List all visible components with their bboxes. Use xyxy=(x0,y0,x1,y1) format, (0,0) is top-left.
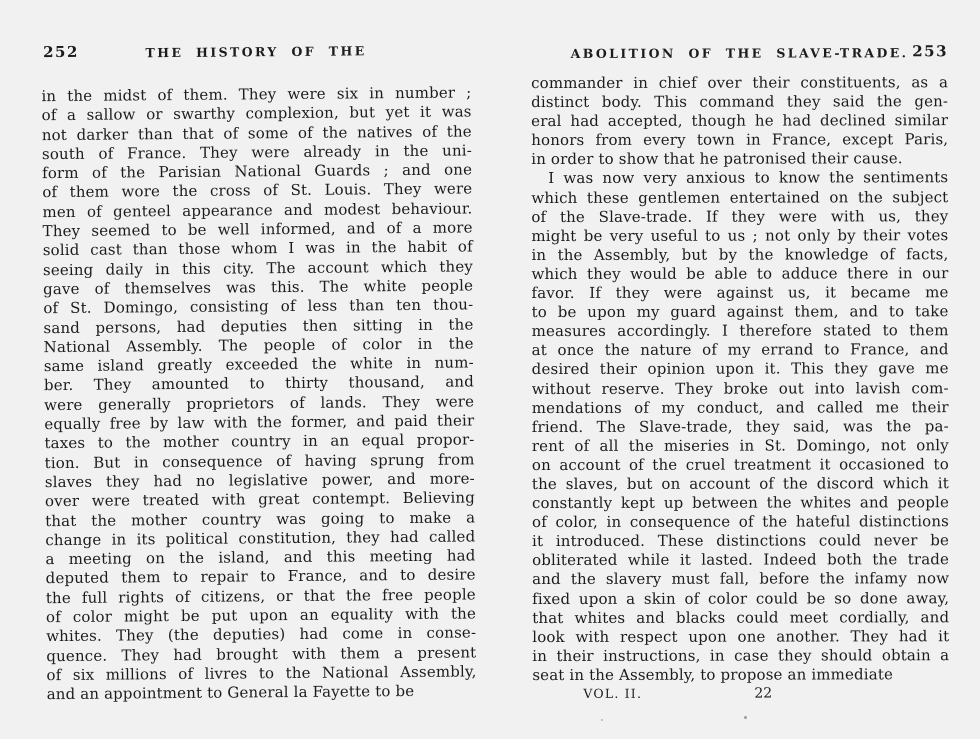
text-line: of the Slave-trade. If they were with us… xyxy=(531,207,948,227)
running-title-right: ABOLITION OF THE SLAVE-TRADE. xyxy=(531,45,948,61)
text-line: honors from every town in France, except… xyxy=(531,130,948,150)
page-number-right: 253 xyxy=(912,42,948,60)
page-number-left: 252 xyxy=(43,43,79,61)
text-line: the slaves, but on account of the discor… xyxy=(532,474,949,494)
volume-label: VOL. II. xyxy=(583,686,642,701)
text-line: in their instructions, in case they shou… xyxy=(532,646,949,666)
page-footer: VOL. II. 22 xyxy=(532,685,949,704)
signature-number: 22 xyxy=(754,686,772,702)
text-line: obliterated while it lasted. Indeed both… xyxy=(532,551,949,571)
text-line: eral had accepted, though he had decline… xyxy=(531,111,948,131)
running-header-left: 252 THE HISTORY OF THE xyxy=(41,42,471,64)
text-line: it introduced. These distinctions could … xyxy=(532,531,949,551)
scan-speck xyxy=(744,716,747,719)
text-line: in order to show that he patronised thei… xyxy=(531,150,948,170)
page-left: 252 THE HISTORY OF THE in the midst of t… xyxy=(41,42,477,704)
text-line: that whites and blacks could meet cordia… xyxy=(532,608,949,628)
running-title-left: THE HISTORY OF THE xyxy=(41,42,471,61)
text-line: commander in chief over their constituen… xyxy=(531,73,948,93)
text-line: rent of all the miseries in St. Domingo,… xyxy=(532,436,949,456)
text-line: mendations of my conduct, and called me … xyxy=(532,398,949,418)
text-line: constantly kept up between the whites an… xyxy=(532,493,949,513)
text-line: and an appointment to General la Fayette… xyxy=(47,682,477,705)
text-line: which they would be able to adduce there… xyxy=(531,264,948,284)
text-line: favor. If they were against us, it becam… xyxy=(531,283,948,303)
page-left-body-text: in the midst of them. They were six in n… xyxy=(41,83,476,704)
text-line: might be very useful to us ; not only by… xyxy=(531,226,948,246)
text-line: measures accordingly. I therefore stated… xyxy=(532,321,949,341)
text-line: at once the nature of my errand to Franc… xyxy=(532,340,949,360)
page-right: ABOLITION OF THE SLAVE-TRADE. 253 comman… xyxy=(531,45,949,704)
text-line: look with respect upon one another. They… xyxy=(532,627,949,647)
text-line: on account of the cruel treatment it occ… xyxy=(532,455,949,475)
text-line: desired their opinion upon it. This they… xyxy=(532,360,949,380)
page-right-body-text: commander in chief over their constituen… xyxy=(531,73,949,685)
text-line: fixed upon a skin of color could be so d… xyxy=(532,589,949,609)
scan-speck xyxy=(601,719,603,721)
text-line: without reserve. They broke out into lav… xyxy=(532,379,949,399)
scanned-book-spread: { "book": { "colors": { "background": "#… xyxy=(0,0,980,739)
text-line: friend. The Slave-trade, they said, was … xyxy=(532,417,949,437)
running-header-right: ABOLITION OF THE SLAVE-TRADE. 253 xyxy=(531,45,948,64)
text-line: in the Assembly, but by the knowledge of… xyxy=(531,245,948,265)
text-line: and the slavery must fall, before the in… xyxy=(532,570,949,590)
text-line: of color, in consequence of the hateful … xyxy=(532,512,949,532)
text-line: which these gentlemen entertained on the… xyxy=(531,188,948,208)
text-line: seat in the Assembly, to propose an imme… xyxy=(532,665,949,685)
text-line: distinct body. This command they said th… xyxy=(531,92,948,112)
text-line: I was now very anxious to know the senti… xyxy=(531,169,948,189)
text-line: to be upon my guard against them, and to… xyxy=(532,302,949,322)
